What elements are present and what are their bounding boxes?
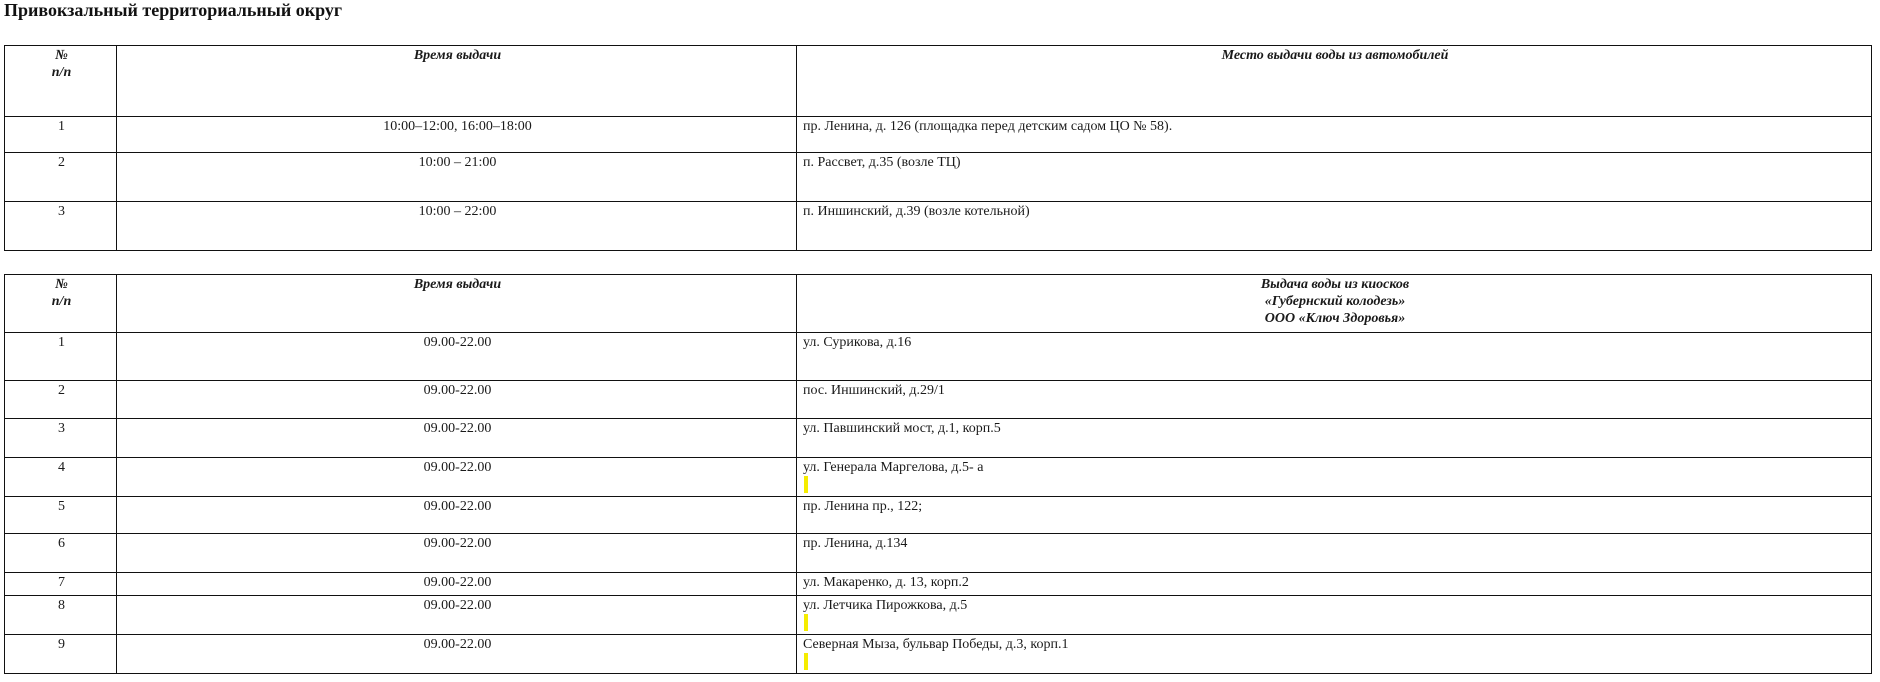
row-place: ул. Генерала Маргелова, д.5- а xyxy=(797,458,1872,497)
highlight-mark xyxy=(804,614,808,631)
header-number-label: п/п xyxy=(11,293,112,310)
row-number: 6 xyxy=(5,534,117,573)
table-row: 1 10:00–12:00, 16:00–18:00 пр. Ленина, д… xyxy=(5,117,1872,153)
row-time: 09.00-22.00 xyxy=(117,596,797,635)
row-place: ул. Макаренко, д. 13, корп.2 xyxy=(797,573,1872,596)
highlight-mark xyxy=(804,653,808,670)
table-row: 3 09.00-22.00 ул. Павшинский мост, д.1, … xyxy=(5,419,1872,458)
row-place: ул. Сурикова, д.16 xyxy=(797,333,1872,381)
table-row: 5 09.00-22.00 пр. Ленина пр., 122; xyxy=(5,497,1872,534)
table-row: 8 09.00-22.00 ул. Летчика Пирожкова, д.5 xyxy=(5,596,1872,635)
row-time: 10:00–12:00, 16:00–18:00 xyxy=(117,117,797,153)
header-number-label: п/п xyxy=(11,64,112,81)
table-header-row: № п/п Время выдачи Место выдачи воды из … xyxy=(5,46,1872,117)
table-row: 9 09.00-22.00 Северная Мыза, бульвар Поб… xyxy=(5,635,1872,674)
table-header-row: № п/п Время выдачи Выдача воды из киоско… xyxy=(5,275,1872,333)
table-row: 4 09.00-22.00 ул. Генерала Маргелова, д.… xyxy=(5,458,1872,497)
header-number-symbol: № xyxy=(11,276,112,293)
row-place-text: пос. Иншинский, д.29/1 xyxy=(803,383,945,398)
row-place: пр. Ленина, д.134 xyxy=(797,534,1872,573)
row-place: Северная Мыза, бульвар Победы, д.3, корп… xyxy=(797,635,1872,674)
row-place-text: ул. Павшинский мост, д.1, корп.5 xyxy=(803,421,1001,436)
row-number: 7 xyxy=(5,573,117,596)
row-number: 5 xyxy=(5,497,117,534)
row-time: 09.00-22.00 xyxy=(117,635,797,674)
vehicles-water-table: № п/п Время выдачи Место выдачи воды из … xyxy=(4,45,1872,251)
header-number: № п/п xyxy=(5,275,117,333)
row-place-text: пр. Ленина пр., 122; xyxy=(803,499,922,514)
row-time: 09.00-22.00 xyxy=(117,333,797,381)
table-row: 6 09.00-22.00 пр. Ленина, д.134 xyxy=(5,534,1872,573)
header-place: Место выдачи воды из автомобилей xyxy=(797,46,1872,117)
row-number: 9 xyxy=(5,635,117,674)
row-place-text: ул. Сурикова, д.16 xyxy=(803,335,911,350)
row-time: 09.00-22.00 xyxy=(117,534,797,573)
table-row: 7 09.00-22.00 ул. Макаренко, д. 13, корп… xyxy=(5,573,1872,596)
highlight-mark xyxy=(804,476,808,493)
table-row: 2 10:00 – 21:00 п. Рассвет, д.35 (возле … xyxy=(5,153,1872,202)
row-place: п. Рассвет, д.35 (возле ТЦ) xyxy=(797,153,1872,202)
row-place: пос. Иншинский, д.29/1 xyxy=(797,381,1872,419)
row-time: 09.00-22.00 xyxy=(117,497,797,534)
row-number: 1 xyxy=(5,117,117,153)
row-place-text: Северная Мыза, бульвар Победы, д.3, корп… xyxy=(803,637,1069,652)
row-place-text: ул. Макаренко, д. 13, корп.2 xyxy=(803,575,969,590)
header-place-line-2: «Губернский колодезь» xyxy=(803,293,1867,310)
row-place: ул. Летчика Пирожкова, д.5 xyxy=(797,596,1872,635)
row-time: 10:00 – 21:00 xyxy=(117,153,797,202)
row-place: пр. Ленина, д. 126 (площадка перед детск… xyxy=(797,117,1872,153)
row-place: ул. Павшинский мост, д.1, корп.5 xyxy=(797,419,1872,458)
header-place-line-1: Выдача воды из киосков xyxy=(803,276,1867,293)
table-row: 2 09.00-22.00 пос. Иншинский, д.29/1 xyxy=(5,381,1872,419)
row-place: пр. Ленина пр., 122; xyxy=(797,497,1872,534)
row-place-text: ул. Летчика Пирожкова, д.5 xyxy=(803,598,967,613)
header-time: Время выдачи xyxy=(117,46,797,117)
row-time: 09.00-22.00 xyxy=(117,419,797,458)
row-place: п. Иншинский, д.39 (возле котельной) xyxy=(797,202,1872,251)
row-number: 1 xyxy=(5,333,117,381)
row-number: 3 xyxy=(5,202,117,251)
header-time: Время выдачи xyxy=(117,275,797,333)
header-place: Выдача воды из киосков «Губернский колод… xyxy=(797,275,1872,333)
row-number: 8 xyxy=(5,596,117,635)
header-place-line-3: ООО «Ключ Здоровья» xyxy=(803,310,1867,327)
row-time: 10:00 – 22:00 xyxy=(117,202,797,251)
row-time: 09.00-22.00 xyxy=(117,573,797,596)
row-time: 09.00-22.00 xyxy=(117,458,797,497)
header-number-symbol: № xyxy=(11,47,112,64)
header-number: № п/п xyxy=(5,46,117,117)
row-number: 2 xyxy=(5,381,117,419)
row-time: 09.00-22.00 xyxy=(117,381,797,419)
district-title: Привокзальный территориальный округ xyxy=(4,0,342,20)
row-number: 3 xyxy=(5,419,117,458)
table-row: 1 09.00-22.00 ул. Сурикова, д.16 xyxy=(5,333,1872,381)
kiosks-water-table: № п/п Время выдачи Выдача воды из киоско… xyxy=(4,274,1872,674)
row-place-text: пр. Ленина, д.134 xyxy=(803,536,907,551)
row-place-text: ул. Генерала Маргелова, д.5- а xyxy=(803,460,983,475)
row-number: 4 xyxy=(5,458,117,497)
table-row: 3 10:00 – 22:00 п. Иншинский, д.39 (возл… xyxy=(5,202,1872,251)
row-number: 2 xyxy=(5,153,117,202)
